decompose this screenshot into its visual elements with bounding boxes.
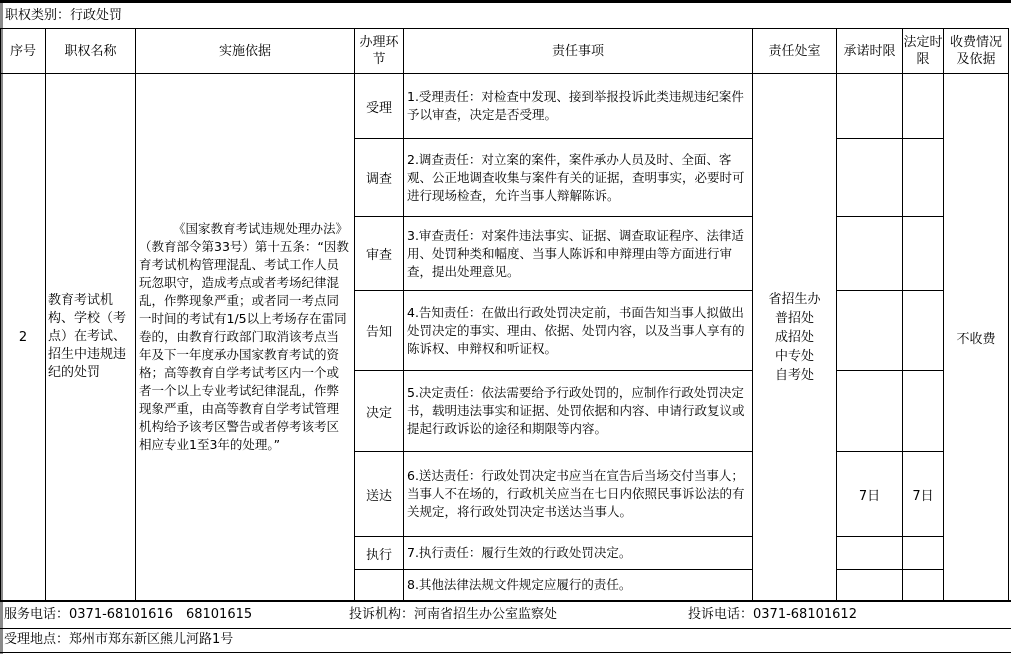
stage-cell: 送达 xyxy=(355,452,404,537)
seq-cell: 2 xyxy=(1,74,46,601)
stage-cell: 执行 xyxy=(355,537,404,570)
duty-cell: 3.审查责任：对案件违法事实、证据、调查取证程序、法律适用、处罚种类和幅度、当事… xyxy=(404,217,753,291)
power-table: 序号 职权名称 实施依据 办理环节 责任事项 责任处室 承诺时限 法定时限 收费… xyxy=(0,28,1009,601)
header-fee: 收费情况及依据 xyxy=(944,29,1009,74)
category-value: 行政处罚 xyxy=(70,8,122,23)
stage-cell: 受理 xyxy=(355,74,404,139)
office-line: 普招处 xyxy=(753,309,836,328)
contact-row: 服务电话：0371-68101616 68101615 投诉机构：河南省招生办公… xyxy=(0,600,1011,629)
office-line: 中专处 xyxy=(753,347,836,366)
duty-cell: 1.受理责任：对检查中发现、接到举报投诉此类违规违纪案件予以审查，决定是否受理。 xyxy=(404,74,753,139)
service-phone: 服务电话：0371-68101616 68101615 xyxy=(4,602,252,628)
stage-cell xyxy=(355,570,404,601)
address-row: 受理地点：郑州市郑东新区熊儿河路1号 xyxy=(0,628,1011,653)
legal-limit-cell xyxy=(903,74,944,139)
header-name: 职权名称 xyxy=(46,29,136,74)
service-phone-value: 0371-68101616 68101615 xyxy=(69,607,252,622)
basis-cell: 《国家教育考试违规处理办法》（教育部令第33号）第十五条：“因教育考试机构管理混… xyxy=(136,74,355,601)
basis-text: 《国家教育考试违规处理办法》（教育部令第33号）第十五条：“因教育考试机构管理混… xyxy=(139,221,349,452)
legal-limit-cell: 7日 xyxy=(903,452,944,537)
category-label: 职权类别： xyxy=(5,8,70,23)
promise-limit-cell xyxy=(837,291,903,371)
complaint-phone-label: 投诉电话： xyxy=(688,607,753,622)
header-office: 责任处室 xyxy=(753,29,837,74)
header-basis: 实施依据 xyxy=(136,29,355,74)
duty-cell: 4.告知责任：在做出行政处罚决定前，书面告知当事人拟做出处罚决定的事实、理由、依… xyxy=(404,291,753,371)
duty-cell: 2.调查责任：对立案的案件，案件承办人员及时、全面、客观、公正地调查收集与案件有… xyxy=(404,139,753,217)
header-seq: 序号 xyxy=(1,29,46,74)
complaint-org-value: 河南省招生办公室监察处 xyxy=(414,607,557,622)
header-legal-limit: 法定时限 xyxy=(903,29,944,74)
service-phone-label: 服务电话： xyxy=(4,607,69,622)
stage-cell: 决定 xyxy=(355,371,404,452)
address-value: 郑州市郑东新区熊儿河路1号 xyxy=(69,632,233,647)
stage-cell: 告知 xyxy=(355,291,404,371)
complaint-phone-value: 0371-68101612 xyxy=(753,607,857,622)
promise-limit-cell xyxy=(837,139,903,217)
duty-cell: 7.执行责任：履行生效的行政处罚决定。 xyxy=(404,537,753,570)
office-line: 成招处 xyxy=(753,328,836,347)
promise-limit-cell xyxy=(837,537,903,570)
spreadsheet-page: 职权类别：行政处罚 序号 职权名称 实施依据 办理环节 责任事项 责任处室 承诺… xyxy=(0,0,1011,654)
complaint-phone: 投诉电话：0371-68101612 xyxy=(688,602,857,628)
complaint-org: 投诉机构：河南省招生办公室监察处 xyxy=(349,602,557,628)
stage-cell: 审查 xyxy=(355,217,404,291)
header-stage: 办理环节 xyxy=(355,29,404,74)
promise-limit-cell: 7日 xyxy=(837,452,903,537)
legal-limit-cell xyxy=(903,139,944,217)
promise-limit-cell xyxy=(837,371,903,452)
office-cell: 省招生办 普招处 成招处 中专处 自考处 xyxy=(753,74,837,601)
duty-cell: 5.决定责任：依法需要给予行政处罚的，应制作行政处罚决定书，载明违法事实和证据、… xyxy=(404,371,753,452)
duty-cell: 8.其他法律法规文件规定应履行的责任。 xyxy=(404,570,753,601)
stage-cell: 调查 xyxy=(355,139,404,217)
promise-limit-cell xyxy=(837,217,903,291)
fee-cell: 不收费 xyxy=(944,74,1009,601)
address-label: 受理地点： xyxy=(4,632,69,647)
office-line: 省招生办 xyxy=(753,290,836,309)
header-row: 序号 职权名称 实施依据 办理环节 责任事项 责任处室 承诺时限 法定时限 收费… xyxy=(1,29,1009,74)
complaint-org-label: 投诉机构： xyxy=(349,607,414,622)
promise-limit-cell xyxy=(837,74,903,139)
table-row: 2 教育考试机构、学校（考点）在考试、招生中违规违纪的处罚 《国家教育考试违规处… xyxy=(1,74,1009,139)
duty-cell: 6.送达责任：行政处罚决定书应当在宣告后当场交付当事人；当事人不在场的，行政机关… xyxy=(404,452,753,537)
address: 受理地点：郑州市郑东新区熊儿河路1号 xyxy=(4,628,233,652)
category-row: 职权类别：行政处罚 xyxy=(3,3,1010,28)
legal-limit-cell xyxy=(903,291,944,371)
legal-limit-cell xyxy=(903,371,944,452)
promise-limit-cell xyxy=(837,570,903,601)
legal-limit-cell xyxy=(903,217,944,291)
legal-limit-cell xyxy=(903,537,944,570)
power-name-cell: 教育考试机构、学校（考点）在考试、招生中违规违纪的处罚 xyxy=(46,74,136,601)
office-line: 自考处 xyxy=(753,366,836,385)
header-duty: 责任事项 xyxy=(404,29,753,74)
legal-limit-cell xyxy=(903,570,944,601)
header-promise-limit: 承诺时限 xyxy=(837,29,903,74)
